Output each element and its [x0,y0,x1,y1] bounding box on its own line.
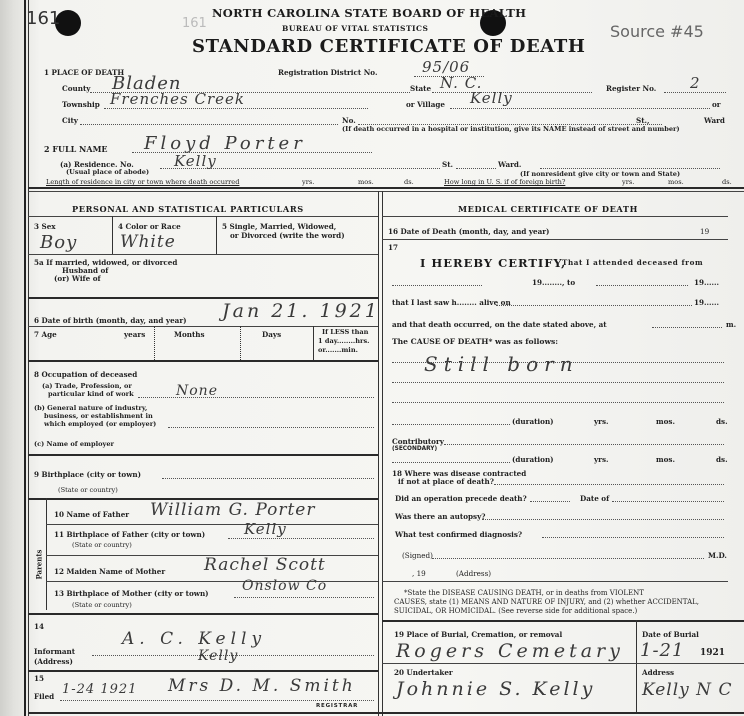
register-no-line [664,92,726,93]
death-time-line [652,327,722,328]
row-rule-12 [46,581,378,582]
sex-color-divider [112,216,113,254]
undertaker-address-label: Address [642,668,674,677]
contributory-line [444,444,724,445]
page-title: STANDARD CERTIFICATE OF DEATH [192,36,585,57]
parents-side-label: Parents [35,549,44,579]
bottom-rule [28,712,744,714]
mother-birthplace-line [234,597,374,598]
color-value: White [120,232,176,252]
left-border [24,0,26,716]
age-divider-1 [154,326,155,362]
operation-date-line [612,501,724,502]
registration-district-label: Registration District No. [278,68,377,77]
left-border-inner [28,0,29,716]
certify-heading: I HEREBY CERTIFY, [420,256,566,270]
attended-to-year: 19...... [694,278,719,287]
row-rule-footnote [382,620,744,622]
margin-note-left: 161 [26,8,60,29]
duration-ds-2: ds. [716,455,728,464]
section-divider-top-2 [28,191,744,192]
filed-number: 15 [34,674,44,683]
register-no-label: Register No. [606,84,656,93]
burial-year: 1921 [700,648,725,658]
residence-value: Kelly [174,152,217,170]
length-ds: ds. [404,178,414,186]
age-months-label: Months [174,330,205,339]
length-mos: mos. [358,178,374,186]
industry-label-2: business, or establishment in [44,412,153,420]
undertaker-address-value: Kelly N C [642,680,732,700]
row-rule-19 [382,663,744,664]
burial-label: 19 Place of Burial, Cremation, or remova… [394,630,562,639]
residence-sub-label: (Usual place of abode) [66,168,149,176]
birthplace-label: 9 Birthplace (city or town) [34,470,141,479]
nonresident-note: (If nonresident give city or town and St… [520,170,680,178]
age-label: 7 Age [34,330,57,339]
age-divider-3 [313,326,314,362]
org-title: NORTH CAROLINA STATE BOARD OF HEALTH [212,6,526,20]
column-divider-2 [382,191,383,716]
operation-date-label: Date of [580,494,609,503]
dob-value: Jan 21. 1921 [222,300,380,322]
row-rule-10 [46,524,378,525]
duration-mos-1: mos. [656,417,675,426]
cause-value: Still born [424,352,579,376]
row-rule-5a [28,297,378,299]
footnote-line-2: CAUSES, state (1) MEANS AND NATURE OF IN… [394,598,699,606]
md-label: M.D. [708,551,727,560]
source-note: Source #45 [610,22,704,41]
test-line [542,537,724,538]
nonresident-line [540,168,720,169]
cause-line-3 [392,402,724,403]
father-label: 10 Name of Father [54,510,129,519]
signed-line [432,558,704,559]
foreign-mos: mos. [668,178,684,186]
hospital-note: (If death occurred in a hospital or inst… [342,125,680,133]
row-rule-6 [28,326,378,327]
mother-state-label: (State or country) [72,601,132,609]
contracted-label-2: if not at place of death? [398,477,494,486]
registrar-label: REGISTRAR [316,703,358,709]
full-name-value: Floyd Porter [144,133,306,154]
informant-address-label: (Address) [34,657,73,666]
mother-value: Rachel Scott [204,555,326,575]
age-divider-2 [240,326,241,362]
township-value: Frenches Creek [110,90,245,108]
sign-year: , 19 [412,569,426,578]
trade-label-2: particular kind of work [48,390,134,398]
father-birthplace-label: 11 Birthplace of Father (city or town) [54,530,205,539]
village-label: or Village [406,100,445,109]
state-label: State [410,84,431,93]
burial-date-value: 1-21 [640,640,684,661]
row-rule-5 [28,254,378,255]
duration-line-1 [392,424,510,425]
informant-address-value: Kelly [198,648,238,664]
duration-yrs-1: yrs. [594,417,609,426]
less-label-2: 1 day........hrs. [318,337,369,345]
attended-to-line [596,285,688,286]
contributory-label: Contributory [392,437,444,446]
duration-ds-1: ds. [716,417,728,426]
industry-line [168,427,374,428]
contracted-line [494,484,724,485]
city-no-label: No. [342,116,356,125]
mother-birthplace-label: 13 Birthplace of Mother (city or town) [54,589,209,598]
age-years-label: years [124,330,145,339]
birthplace-state-label: (State or country) [58,486,118,494]
attended-from-year: 19........, to [532,278,575,287]
bureau-title: BUREAU OF VITAL STATISTICS [282,24,428,33]
undertaker-value: Johnnie S. Kelly [396,678,595,700]
occupation-label: 8 Occupation of deceased [34,370,137,379]
duration-label-1: (duration) [512,417,554,426]
duration-line-2 [392,462,510,463]
secondary-label: (SECONDARY) [392,446,437,452]
full-name-label: 2 FULL NAME [44,144,108,154]
parents-divider [46,498,47,610]
burial-value: Rogers Cemetary [396,640,624,662]
father-birthplace-value: Kelly [244,520,287,538]
cause-label: The CAUSE OF DEATH* was as follows: [392,337,558,346]
date-of-death-19: 19 [700,227,709,236]
burial-date-divider [636,620,637,712]
residence-ward-line [456,168,496,169]
register-no-value: 2 [690,74,701,92]
death-time-m: m. [726,320,736,329]
trade-label-1: (a) Trade, Profession, or [42,382,132,390]
autopsy-line [482,519,724,520]
burial-date-label: Date of Burial [642,630,699,639]
test-label: What test confirmed diagnosis? [395,530,522,539]
attended-from-line [392,285,482,286]
mother-label: 12 Maiden Name of Mother [54,567,165,576]
sex-value: Boy [40,232,77,253]
personal-section-title: PERSONAL AND STATISTICAL PARTICULARS [72,204,304,214]
date-of-death-label: 16 Date of Death (month, day, and year) [388,227,549,236]
section-divider-top [28,187,744,189]
footnote-line-3: SUICIDAL, OR HOMICIDAL. (See reverse sid… [394,607,637,615]
death-occurred-label: and that death occurred, on the date sta… [392,320,607,329]
city-ward-label: Ward [704,116,725,125]
city-line [80,124,338,125]
industry-label-1: (b) General nature of industry, [34,404,147,412]
operation-label: Did an operation precede death? [395,494,527,503]
registrar-line [60,700,374,701]
duration-label-2: (duration) [512,455,554,464]
registrar-signature: Mrs D. M. Smith [168,676,356,696]
last-saw-year: 19...... [694,298,719,307]
mother-birthplace-value: Onslow Co [242,578,327,594]
autopsy-label: Was there an autopsy? [395,512,485,521]
township-label: Township [62,100,100,109]
residence-ward-label: Ward. [498,160,521,169]
operation-line [530,501,570,502]
marital-label-1: 5 Single, Married, Widowed, [222,222,336,231]
personal-title-rule [28,216,378,217]
father-birthplace-line [228,538,374,539]
duration-mos-2: mos. [656,455,675,464]
informant-label: Informant [34,647,75,656]
village-line [450,108,710,109]
length-yrs: yrs. [302,178,314,186]
industry-label-3: which employed (or employer) [44,420,156,428]
footnote-line-1: *State the DISEASE CAUSING DEATH, or in … [404,589,644,597]
trade-value: None [176,383,218,399]
city-label: City [62,116,78,125]
last-saw-label: that I last saw h........ alive on [392,298,511,307]
certify-text: That I attended deceased from [562,258,703,267]
sex-label: 3 Sex [34,222,56,231]
column-divider [378,191,379,716]
last-saw-line [496,305,692,306]
duration-yrs-2: yrs. [594,455,609,464]
undertaker-label: 20 Undertaker [394,668,453,677]
row-rule-16 [382,239,728,240]
foreign-ds: ds. [722,178,732,186]
color-label: 4 Color or Race [118,222,181,231]
medical-section-title: MEDICAL CERTIFICATE OF DEATH [458,204,638,214]
row-rule-7 [28,360,378,362]
marital-label-2: or Divorced (write the word) [230,231,345,240]
item-17: 17 [388,243,398,252]
less-label-3: or.......min. [318,346,358,354]
township-line [104,108,368,109]
county-label: County [62,84,90,93]
residence-st-label: St. [442,160,453,169]
filed-date: 1-24 1921 [62,682,137,697]
trade-line [138,397,374,398]
informant-number: 14 [34,622,44,631]
row-rule-sign [382,581,728,582]
employer-label: (c) Name of employer [34,440,114,448]
color-marital-divider [216,216,217,254]
signer-address-label: (Address) [456,569,491,578]
length-residence-label: Length of residence in city or town wher… [46,178,239,186]
informant-value: A. C. Kelly [122,629,266,649]
city-st-label: St., [636,116,650,125]
row-rule-14 [28,670,378,672]
village-value: Kelly [470,89,513,107]
death-certificate: 161 161 Source #45 NORTH CAROLINA STATE … [0,0,744,716]
father-value: William G. Porter [150,500,316,520]
cause-line-2 [392,382,724,383]
filed-label: Filed [34,692,54,701]
father-state-label: (State or country) [72,541,132,549]
foreign-yrs: yrs. [622,178,634,186]
age-days-label: Days [262,330,281,339]
less-label-1: If LESS than [322,328,368,336]
foreign-birth-label: How long in U. S. if of foreign birth? [444,178,565,186]
row-rule-8 [28,454,378,456]
row-rule-13 [28,613,378,615]
medical-title-rule [382,216,728,217]
or-label: or [712,100,721,109]
dob-label: 6 Date of birth (month, day, and year) [34,316,187,325]
signed-label: (Signed) [402,551,433,560]
birthplace-line [162,478,374,479]
spouse-label-3: (or) Wife of [54,274,101,283]
margin-note-faint: 161 [182,16,207,31]
